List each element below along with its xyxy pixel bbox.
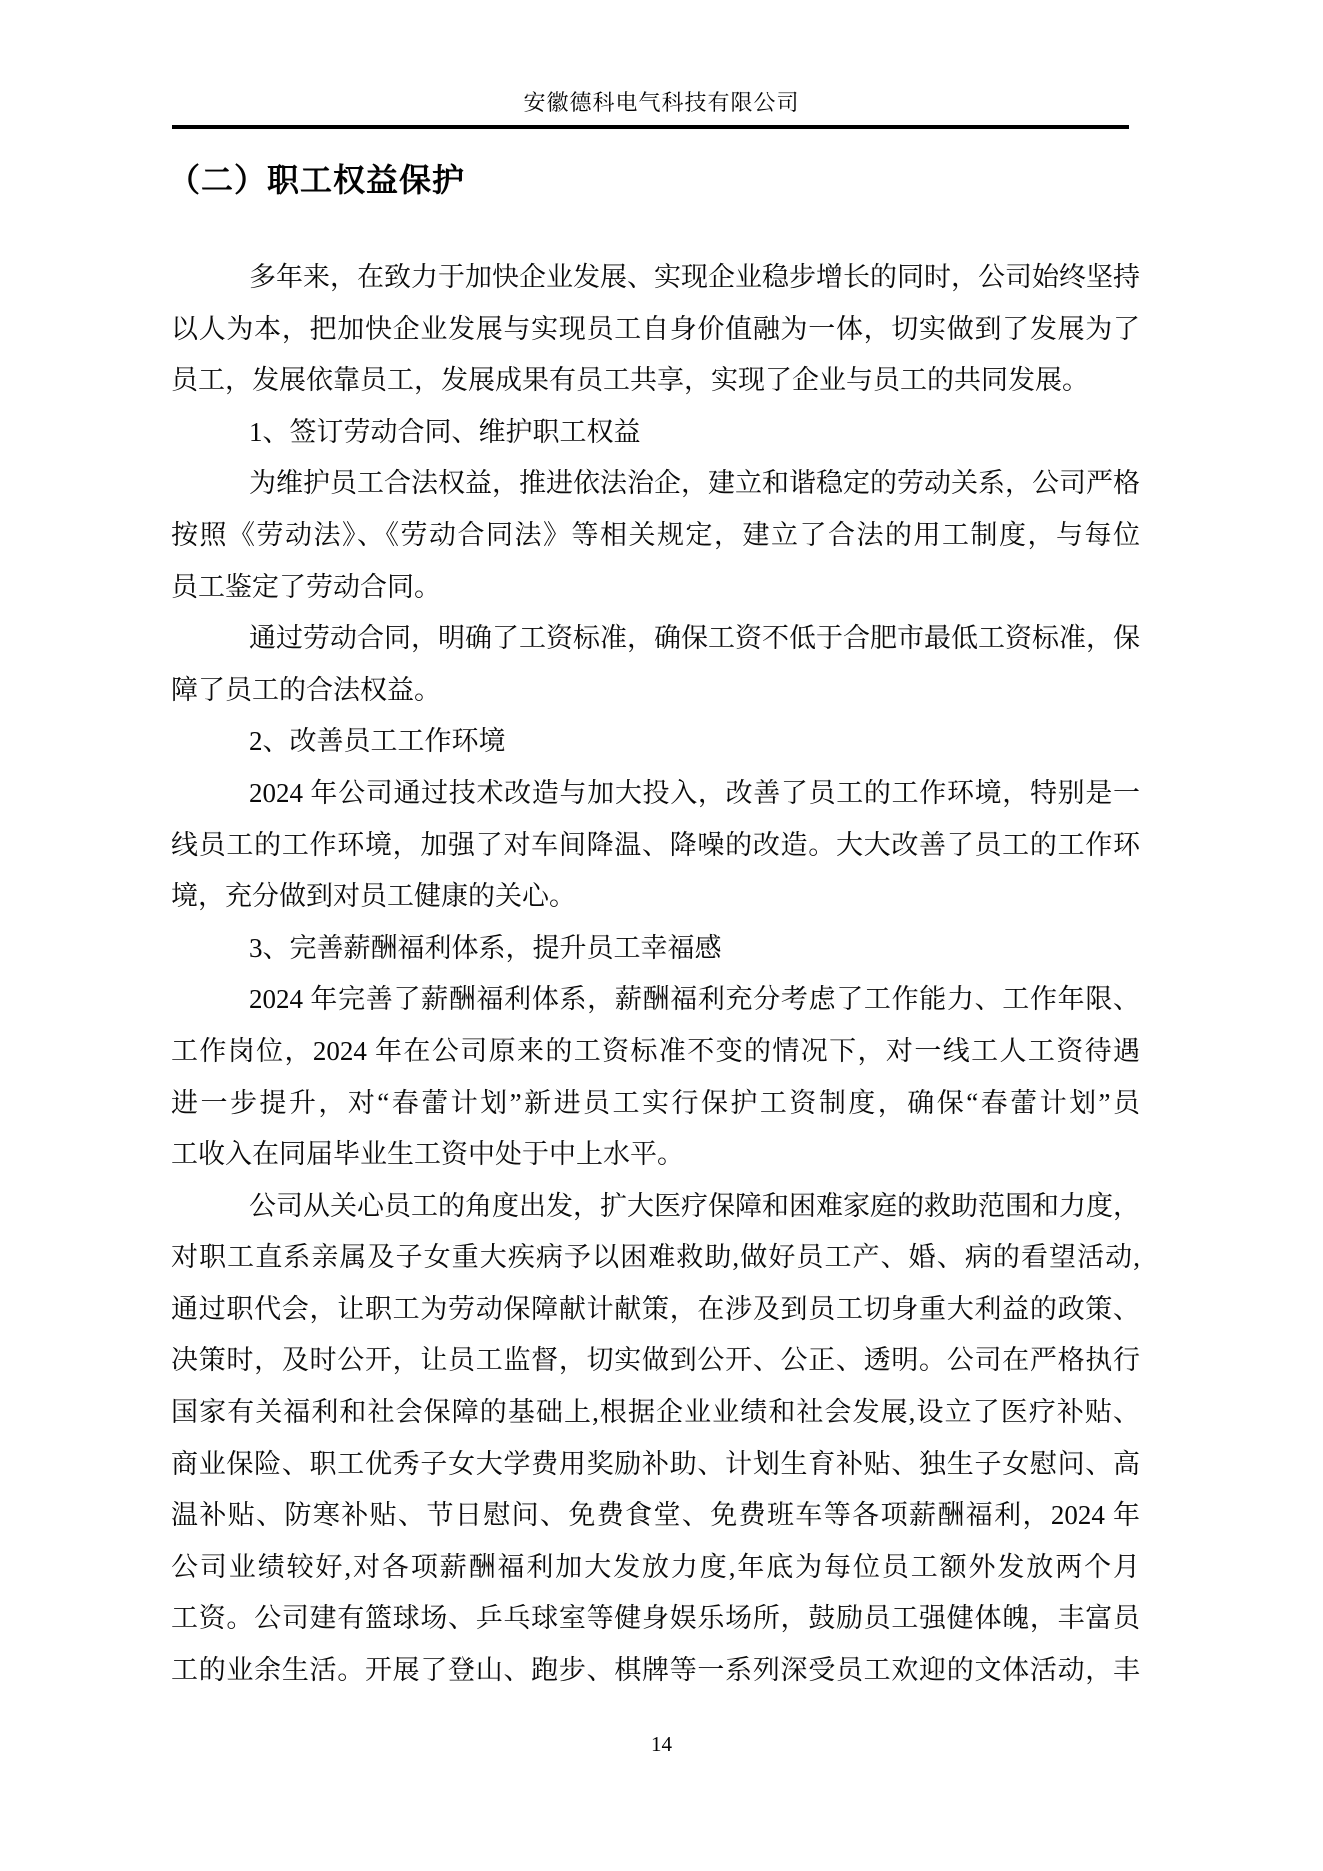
body-line: 商业保险、职工优秀子女大学费用奖励补助、计划生育补贴、独生子女慰问、高	[171, 1439, 1140, 1491]
body-line: 公司从关心员工的角度出发，扩大医疗保障和困难家庭的救助范围和力度，	[171, 1181, 1140, 1233]
body-line: 决策时，及时公开，让员工监督，切实做到公开、公正、透明。公司在严格执行	[171, 1335, 1140, 1387]
body-line: 对职工直系亲属及子女重大疾病予以困难救助,做好员工产、婚、病的看望活动,	[171, 1232, 1140, 1284]
body-line: 国家有关福利和社会保障的基础上,根据企业业绩和社会发展,设立了医疗补贴、	[171, 1387, 1140, 1439]
body-subheading: 3、完善薪酬福利体系，提升员工幸福感	[171, 923, 1140, 975]
body-line: 为维护员工合法权益，推进依法治企，建立和谐稳定的劳动关系，公司严格	[171, 458, 1140, 510]
body-line: 通过职代会，让职工为劳动保障献计献策，在涉及到员工切身重大利益的政策、	[171, 1284, 1140, 1336]
body-line: 境，充分做到对员工健康的关心。	[171, 871, 1140, 923]
body-line: 多年来，在致力于加快企业发展、实现企业稳步增长的同时，公司始终坚持	[171, 252, 1140, 304]
body-line: 温补贴、防寒补贴、节日慰问、免费食堂、免费班车等各项薪酬福利，2024 年	[171, 1490, 1140, 1542]
section-heading: （二）职工权益保护	[168, 158, 465, 202]
body-line: 进一步提升，对“春蕾计划”新进员工实行保护工资制度，确保“春蕾计划”员	[171, 1078, 1140, 1130]
body-line: 工作岗位，2024 年在公司原来的工资标准不变的情况下，对一线工人工资待遇	[171, 1026, 1140, 1078]
body-subheading: 2、改善员工工作环境	[171, 716, 1140, 768]
body-line: 2024 年公司通过技术改造与加大投入，改善了员工的工作环境，特别是一	[171, 768, 1140, 820]
body-line: 通过劳动合同，明确了工资标准，确保工资不低于合肥市最低工资标准，保	[171, 613, 1140, 665]
body-subheading: 1、签订劳动合同、维护职工权益	[171, 407, 1140, 459]
body-line: 工的业余生活。开展了登山、跑步、棋牌等一系列深受员工欢迎的文体活动，丰	[171, 1645, 1140, 1697]
header-rule	[172, 125, 1129, 129]
body-line: 线员工的工作环境，加强了对车间降温、降噪的改造。大大改善了员工的工作环	[171, 820, 1140, 872]
page-header: 安徽德科电气科技有限公司	[0, 0, 1323, 131]
document-page: 安徽德科电气科技有限公司 （二）职工权益保护 多年来，在致力于加快企业发展、实现…	[0, 0, 1323, 1871]
body-line: 障了员工的合法权益。	[171, 665, 1140, 717]
body-line: 公司业绩较好,对各项薪酬福利加大发放力度,年底为每位员工额外发放两个月	[171, 1542, 1140, 1594]
header-company-name: 安徽德科电气科技有限公司	[0, 90, 1323, 116]
page-number: 14	[651, 1732, 672, 1756]
body-line: 2024 年完善了薪酬福利体系，薪酬福利充分考虑了工作能力、工作年限、	[171, 974, 1140, 1026]
body-line: 员工鉴定了劳动合同。	[171, 562, 1140, 614]
document-body: 多年来，在致力于加快企业发展、实现企业稳步增长的同时，公司始终坚持以人为本，把加…	[171, 252, 1140, 1697]
page-footer: 14	[0, 1731, 1323, 1757]
body-line: 以人为本，把加快企业发展与实现员工自身价值融为一体，切实做到了发展为了	[171, 304, 1140, 356]
body-line: 工资。公司建有篮球场、乒乓球室等健身娱乐场所，鼓励员工强健体魄，丰富员	[171, 1593, 1140, 1645]
body-line: 按照《劳动法》、《劳动合同法》等相关规定，建立了合法的用工制度，与每位	[171, 510, 1140, 562]
body-line: 工收入在同届毕业生工资中处于中上水平。	[171, 1129, 1140, 1181]
body-line: 员工，发展依靠员工，发展成果有员工共享，实现了企业与员工的共同发展。	[171, 355, 1140, 407]
